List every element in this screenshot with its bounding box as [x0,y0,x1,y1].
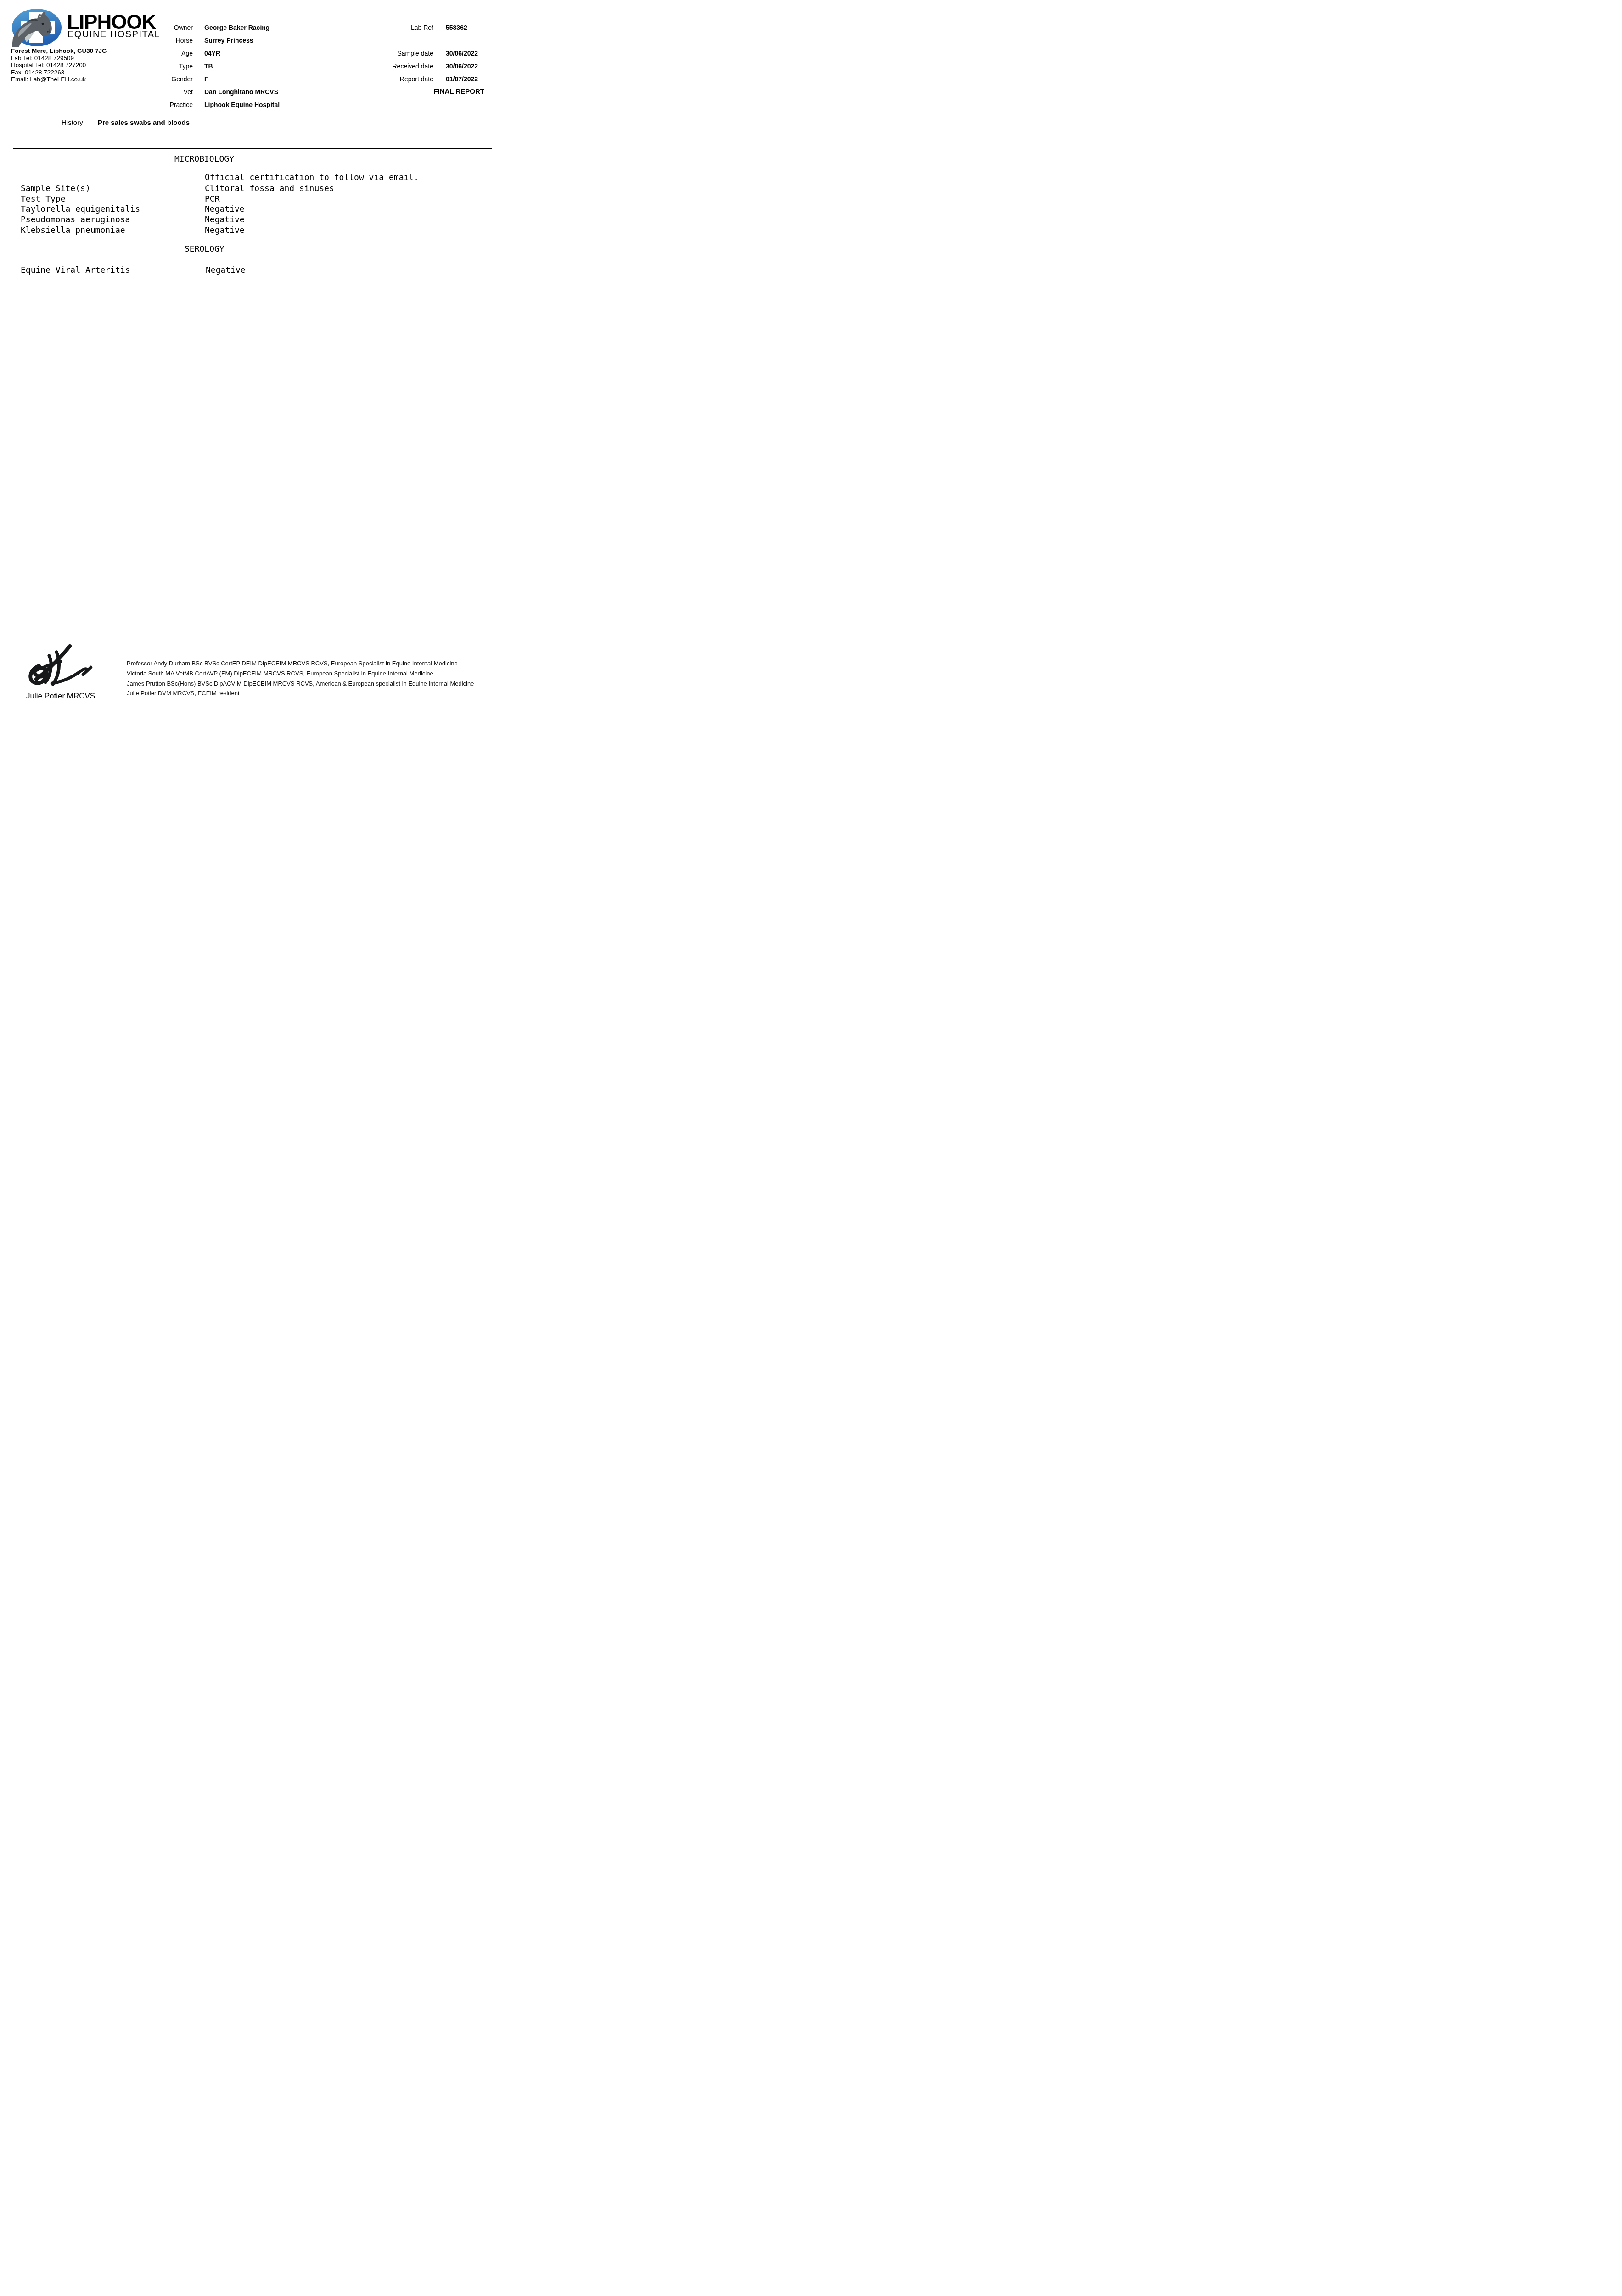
serology-section-title: SEROLOGY [185,244,224,254]
result-row-taylorella: Taylorella equigenitalis Negative [0,204,505,215]
received-date-value: 30/06/2022 [446,62,478,70]
test-type-value: PCR [205,194,220,204]
history-label: History [62,119,83,127]
pseudomonas-result: Negative [205,215,245,225]
certification-note: Official certification to follow via ema… [205,173,419,183]
practice-label: Practice [110,101,193,108]
klebsiella-label: Klebsiella pneumoniae [21,225,125,236]
vet-label: Vet [110,88,193,96]
horse-label: Horse [110,37,193,44]
received-date-label: Received date [332,62,433,70]
lab-ref-label: Lab Ref [332,24,433,31]
eva-label: Equine Viral Arteritis [21,265,130,276]
meta-row-report-date: Report date 01/07/2022 [0,75,505,84]
eva-result: Negative [206,265,246,276]
klebsiella-result: Negative [205,225,245,236]
taylorella-label: Taylorella equigenitalis [21,204,140,214]
microbiology-section: MICROBIOLOGY [0,154,505,164]
sample-date-value: 30/06/2022 [446,50,478,57]
signature-image [25,643,101,691]
microbiology-note-row: Official certification to follow via ema… [0,173,505,183]
signatory-name: Julie Potier MRCVS [26,692,95,701]
lab-ref-value: 558362 [446,24,467,31]
lab-report-page: LIPHOOK EQUINE HOSPITAL Forest Mere, Lip… [0,0,505,715]
section-divider [13,148,492,149]
sample-site-label: Sample Site(s) [21,184,90,194]
footer-credential-line: Victoria South MA VetMB CertAVP (EM) Dip… [127,670,433,677]
result-row-sample-site: Sample Site(s) Clitoral fossa and sinuse… [0,184,505,194]
serology-section: SEROLOGY [0,244,505,254]
pseudomonas-label: Pseudomonas aeruginosa [21,215,130,225]
sample-site-value: Clitoral fossa and sinuses [205,184,334,194]
footer-credential-line: James Prutton BSc(Hons) BVSc DipACVIM Di… [127,680,474,687]
result-row-test-type: Test Type PCR [0,194,505,205]
footer-credential-line: Professor Andy Durham BSc BVSc CertEP DE… [127,660,458,667]
taylorella-result: Negative [205,204,245,214]
patient-row-horse: Horse Surrey Princess [0,37,505,46]
meta-row-lab-ref: Lab Ref 558362 [0,24,505,33]
result-row-pseudomonas: Pseudomonas aeruginosa Negative [0,215,505,225]
report-date-label: Report date [332,75,433,83]
final-report-status: FINAL REPORT [393,88,484,96]
result-row-eva: Equine Viral Arteritis Negative [0,265,505,276]
footer-credential-line: Julie Potier DVM MRCVS, ECEIM resident [127,690,240,697]
meta-row-received-date: Received date 30/06/2022 [0,62,505,72]
test-type-label: Test Type [21,194,66,204]
patient-row-practice: Practice Liphook Equine Hospital [0,101,505,110]
sample-date-label: Sample date [332,50,433,57]
vet-value: Dan Longhitano MRCVS [204,88,278,96]
result-row-klebsiella: Klebsiella pneumoniae Negative [0,225,505,236]
history-value: Pre sales swabs and bloods [98,119,190,127]
meta-row-sample-date: Sample date 30/06/2022 [0,50,505,59]
horse-value: Surrey Princess [204,37,253,44]
practice-value: Liphook Equine Hospital [204,101,280,108]
report-date-value: 01/07/2022 [446,75,478,83]
microbiology-section-title: MICROBIOLOGY [174,154,234,164]
